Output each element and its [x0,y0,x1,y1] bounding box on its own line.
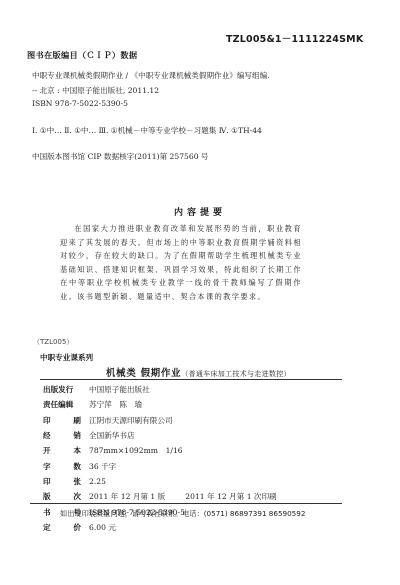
row-value: 江阴市天源印刷有限公司 [89,415,173,426]
colophon-row-price: 定价 6.00 元 [43,520,277,535]
colophon-row-sheets: 印张 2.25 [43,474,277,489]
row-label: 开本 [43,445,81,456]
row-label: 责任编辑 [43,399,81,410]
cip-line-1: 中职专业课机械类假期作业 / 《中职专业课机械类假期作业》编写组编. [32,70,270,81]
row-label: 版次 [43,491,81,502]
colophon-row-format: 开本 787mm×1092mm 1/16 [43,443,277,458]
row-value: 中国原子能出版社 [89,384,150,395]
series-name: 中职专业课系列 [40,352,93,363]
colophon-row-distributor: 经销 全国新华书店 [43,428,277,443]
cip-line-2: -- 北京 : 中国原子能出版社, 2011.12 [32,85,159,96]
row-value: 36 千字 [89,461,116,472]
row-value: 2.25 [89,477,106,486]
series-code: （TZL005） [33,337,73,347]
divider-bottom [30,503,342,504]
row-value: 苏宁萍 陈 瑜 [89,399,142,410]
cip-record-number: 中国版本图书馆 CIP 数据核字(2011)第 257560 号 [32,151,209,162]
row-label: 定价 [43,522,81,533]
document-code: TZL005&1－1111224SMK [226,31,363,45]
colophon-row-publisher: 出版发行 中国原子能出版社 [43,382,277,397]
row-value-printing: 2011 年 12 月第 1 次印刷 [185,491,276,502]
cip-title: 图书在版编目（ＣＩＰ）数据 [27,50,137,61]
cip-classification: Ⅰ. ①中… Ⅱ. ①中… Ⅲ. ①机械－中等专业学校－习题集 Ⅳ. ①TH-4… [32,125,262,136]
summary-body: 在国家大力推进职业教育改革和发展形势的当前，职业教育迎来了其发展的春天。但市场上… [60,222,302,303]
colophon-row-printer: 印刷 江阴市天源印刷有限公司 [43,413,277,428]
row-value: 2011 年 12 月第 1 版 [89,491,165,502]
book-title-main: 机械类 假期作业 [106,368,181,379]
row-value: 全国新华书店 [89,430,135,441]
summary-title: 内容提要 [0,205,400,218]
colophon-row-editor: 责任编辑 苏宁萍 陈 瑜 [43,397,277,412]
summary-paragraph: 在国家大力推进职业教育改革和发展形势的当前，职业教育迎来了其发展的春天。但市场上… [60,222,302,303]
book-subtitle: （普通车床加工技术与走进数控） [181,370,291,378]
row-label: 印刷 [43,415,81,426]
row-value: 787mm×1092mm 1/16 [89,445,183,456]
quality-contact-notice: 如出现印装质量问题，请与我社联系。电话：(0571) 86897391 8659… [60,509,305,519]
row-label: 字数 [43,461,81,472]
row-label: 印张 [43,476,81,487]
row-label: 出版发行 [43,384,81,395]
colophon-row-word-count: 字数 36 千字 [43,458,277,473]
row-value: 6.00 元 [89,522,116,533]
cip-isbn: ISBN 978-7-5022-5390-5 [32,99,128,108]
book-title: 机械类 假期作业（普通车床加工技术与走进数控） [106,365,291,379]
row-label: 经销 [43,430,81,441]
divider-top [40,379,342,380]
